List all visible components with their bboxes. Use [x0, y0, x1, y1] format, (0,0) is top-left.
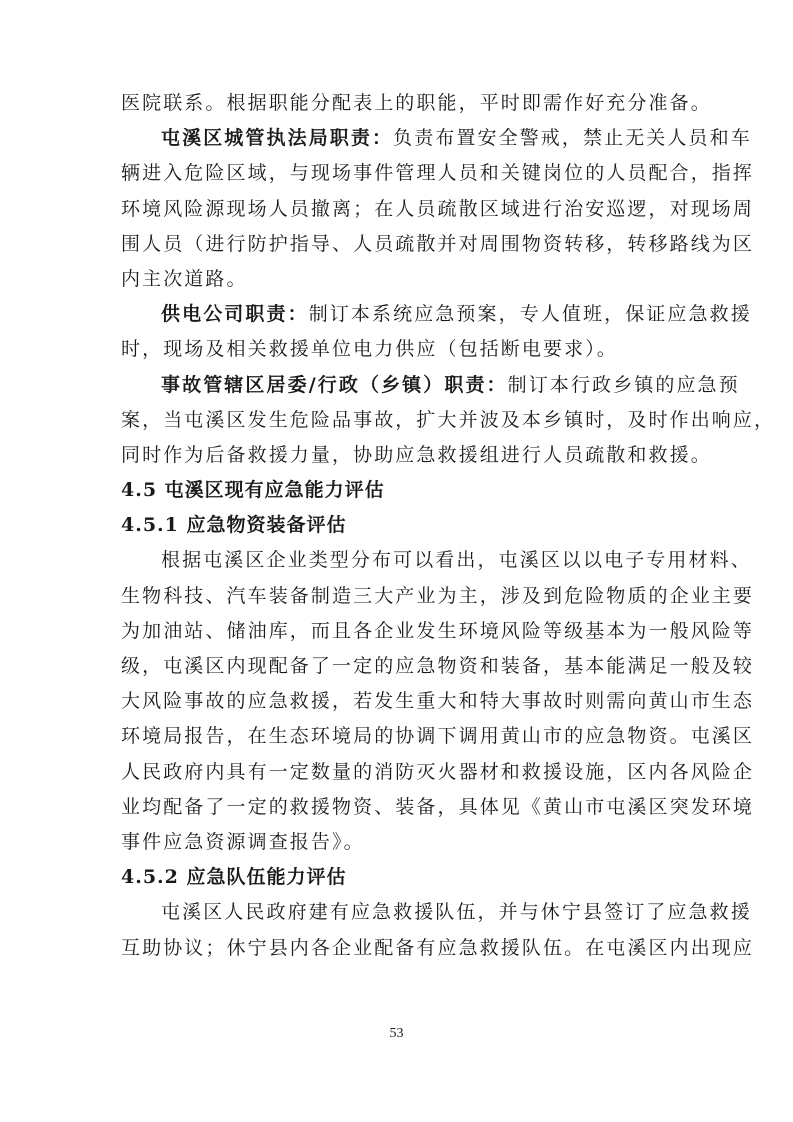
paragraph-lead: 事故管辖区居委/行政（乡镇）职责：: [161, 374, 508, 396]
paragraph-line: 屯溪区人民政府建有应急救援队伍，并与休宁县签订了应急救援: [121, 895, 681, 930]
paragraph-line: 互助协议；休宁县内各企业配备有应急救援队伍。在屯溪区内出现应: [121, 931, 681, 966]
paragraph-line: 环境局报告，在生态环境局的协调下调用黄山市的应急物资。屯溪区: [121, 719, 681, 754]
paragraph-line: 围人员（进行防护指导、人员疏散并对周围物资转移，转移路线为区: [121, 227, 681, 262]
paragraph-line: 时，现场及相关救援单位电力供应（包括断电要求）。: [121, 332, 681, 367]
paragraph-line: 级，屯溪区内现配备了一定的应急物资和装备，基本能满足一般及较: [121, 649, 681, 684]
paragraph-line: 环境风险源现场人员撤离；在人员疏散区域进行治安巡逻，对现场周: [121, 192, 681, 227]
paragraph-line: 供电公司职责：制订本系统应急预案，专人值班，保证应急救援: [121, 297, 681, 332]
page-number: 53: [0, 1026, 793, 1042]
paragraph-line: 辆进入危险区域，与现场事件管理人员和关键岗位的人员配合，指挥: [121, 156, 681, 191]
paragraph-line: 案，当屯溪区发生危险品事故，扩大并波及本乡镇时，及时作出响应，: [121, 403, 681, 438]
paragraph-line: 屯溪区城管执法局职责：负责布置安全警戒，禁止无关人员和车: [121, 121, 681, 156]
paragraph-lead: 屯溪区城管执法局职责：: [161, 127, 393, 149]
document-page: 医院联系。根据职能分配表上的职能，平时即需作好充分准备。 屯溪区城管执法局职责：…: [121, 86, 681, 966]
paragraph-line: 根据屯溪区企业类型分布可以看出，屯溪区以以电子专用材料、: [121, 543, 681, 578]
subsection-heading: 4.5.2 应急队伍能力评估: [121, 860, 681, 895]
paragraph-line: 为加油站、储油库，而且各企业发生环境风险等级基本为一般风险等: [121, 614, 681, 649]
paragraph-line: 人民政府内具有一定数量的消防灭火器材和救援设施，区内各风险企: [121, 755, 681, 790]
paragraph-line: 事故管辖区居委/行政（乡镇）职责：制订本行政乡镇的应急预: [121, 368, 681, 403]
paragraph-line: 内主次道路。: [121, 262, 681, 297]
paragraph-line: 同时作为后备救援力量，协助应急救援组进行人员疏散和救援。: [121, 438, 681, 473]
paragraph-line: 事件应急资源调查报告》。: [121, 825, 681, 860]
subsection-heading: 4.5.1 应急物资装备评估: [121, 508, 681, 543]
paragraph-line: 医院联系。根据职能分配表上的职能，平时即需作好充分准备。: [121, 86, 681, 121]
paragraph-line: 生物科技、汽车装备制造三大产业为主，涉及到危险物质的企业主要: [121, 579, 681, 614]
section-heading: 4.5 屯溪区现有应急能力评估: [121, 473, 681, 508]
paragraph-line: 大风险事故的应急救援，若发生重大和特大事故时则需向黄山市生态: [121, 684, 681, 719]
paragraph-line: 业均配备了一定的救援物资、装备，具体见《黄山市屯溪区突发环境: [121, 790, 681, 825]
paragraph-lead: 供电公司职责：: [161, 303, 309, 325]
